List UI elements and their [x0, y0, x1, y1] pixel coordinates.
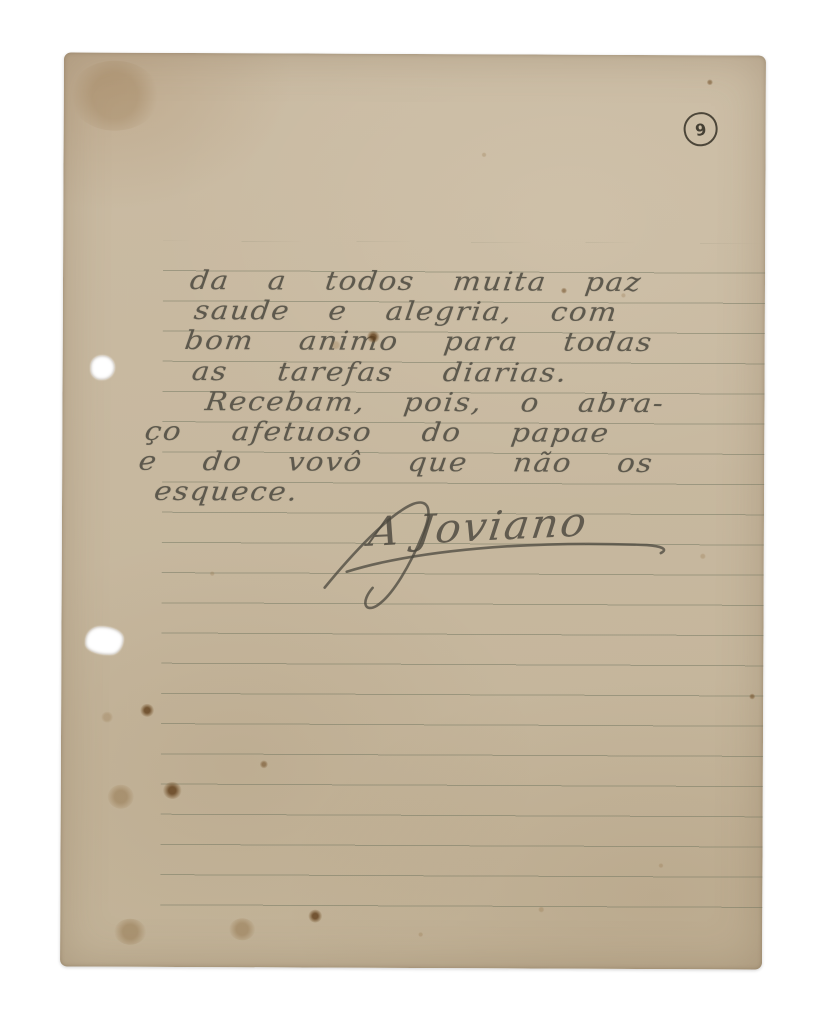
handwriting-line: as tarefas diarias. — [40, 356, 828, 390]
stain — [707, 79, 713, 85]
stain — [108, 785, 134, 809]
signature: A Joviano — [317, 492, 698, 614]
handwriting-line: e do vovô que não os — [28, 447, 825, 481]
stain — [140, 704, 154, 717]
stain — [418, 932, 423, 937]
handwriting-line: bom animo para todas — [44, 326, 828, 360]
letter-paper: 9 da a todos muita paz saude e alegria, … — [60, 52, 766, 969]
stain — [482, 152, 487, 157]
punch-hole-bottom — [85, 627, 123, 655]
stain — [308, 910, 322, 923]
handwriting-line: Recebam, pois, o abra- — [36, 386, 828, 420]
page-number: 9 — [694, 119, 708, 139]
stain — [114, 919, 146, 945]
stain — [70, 60, 160, 130]
page-number-badge: 9 — [682, 110, 720, 148]
stain — [101, 712, 113, 723]
handwriting-line: da a todos muita paz — [51, 265, 828, 299]
handwritten-text: da a todos muita paz saude e alegria, co… — [25, 265, 828, 510]
scan-background: 9 da a todos muita paz saude e alegria, … — [0, 0, 828, 1024]
handwriting-line: ço afetuoso do papae — [32, 416, 828, 450]
handwriting-line: saude e alegria, com — [48, 296, 828, 330]
stain — [229, 918, 255, 940]
